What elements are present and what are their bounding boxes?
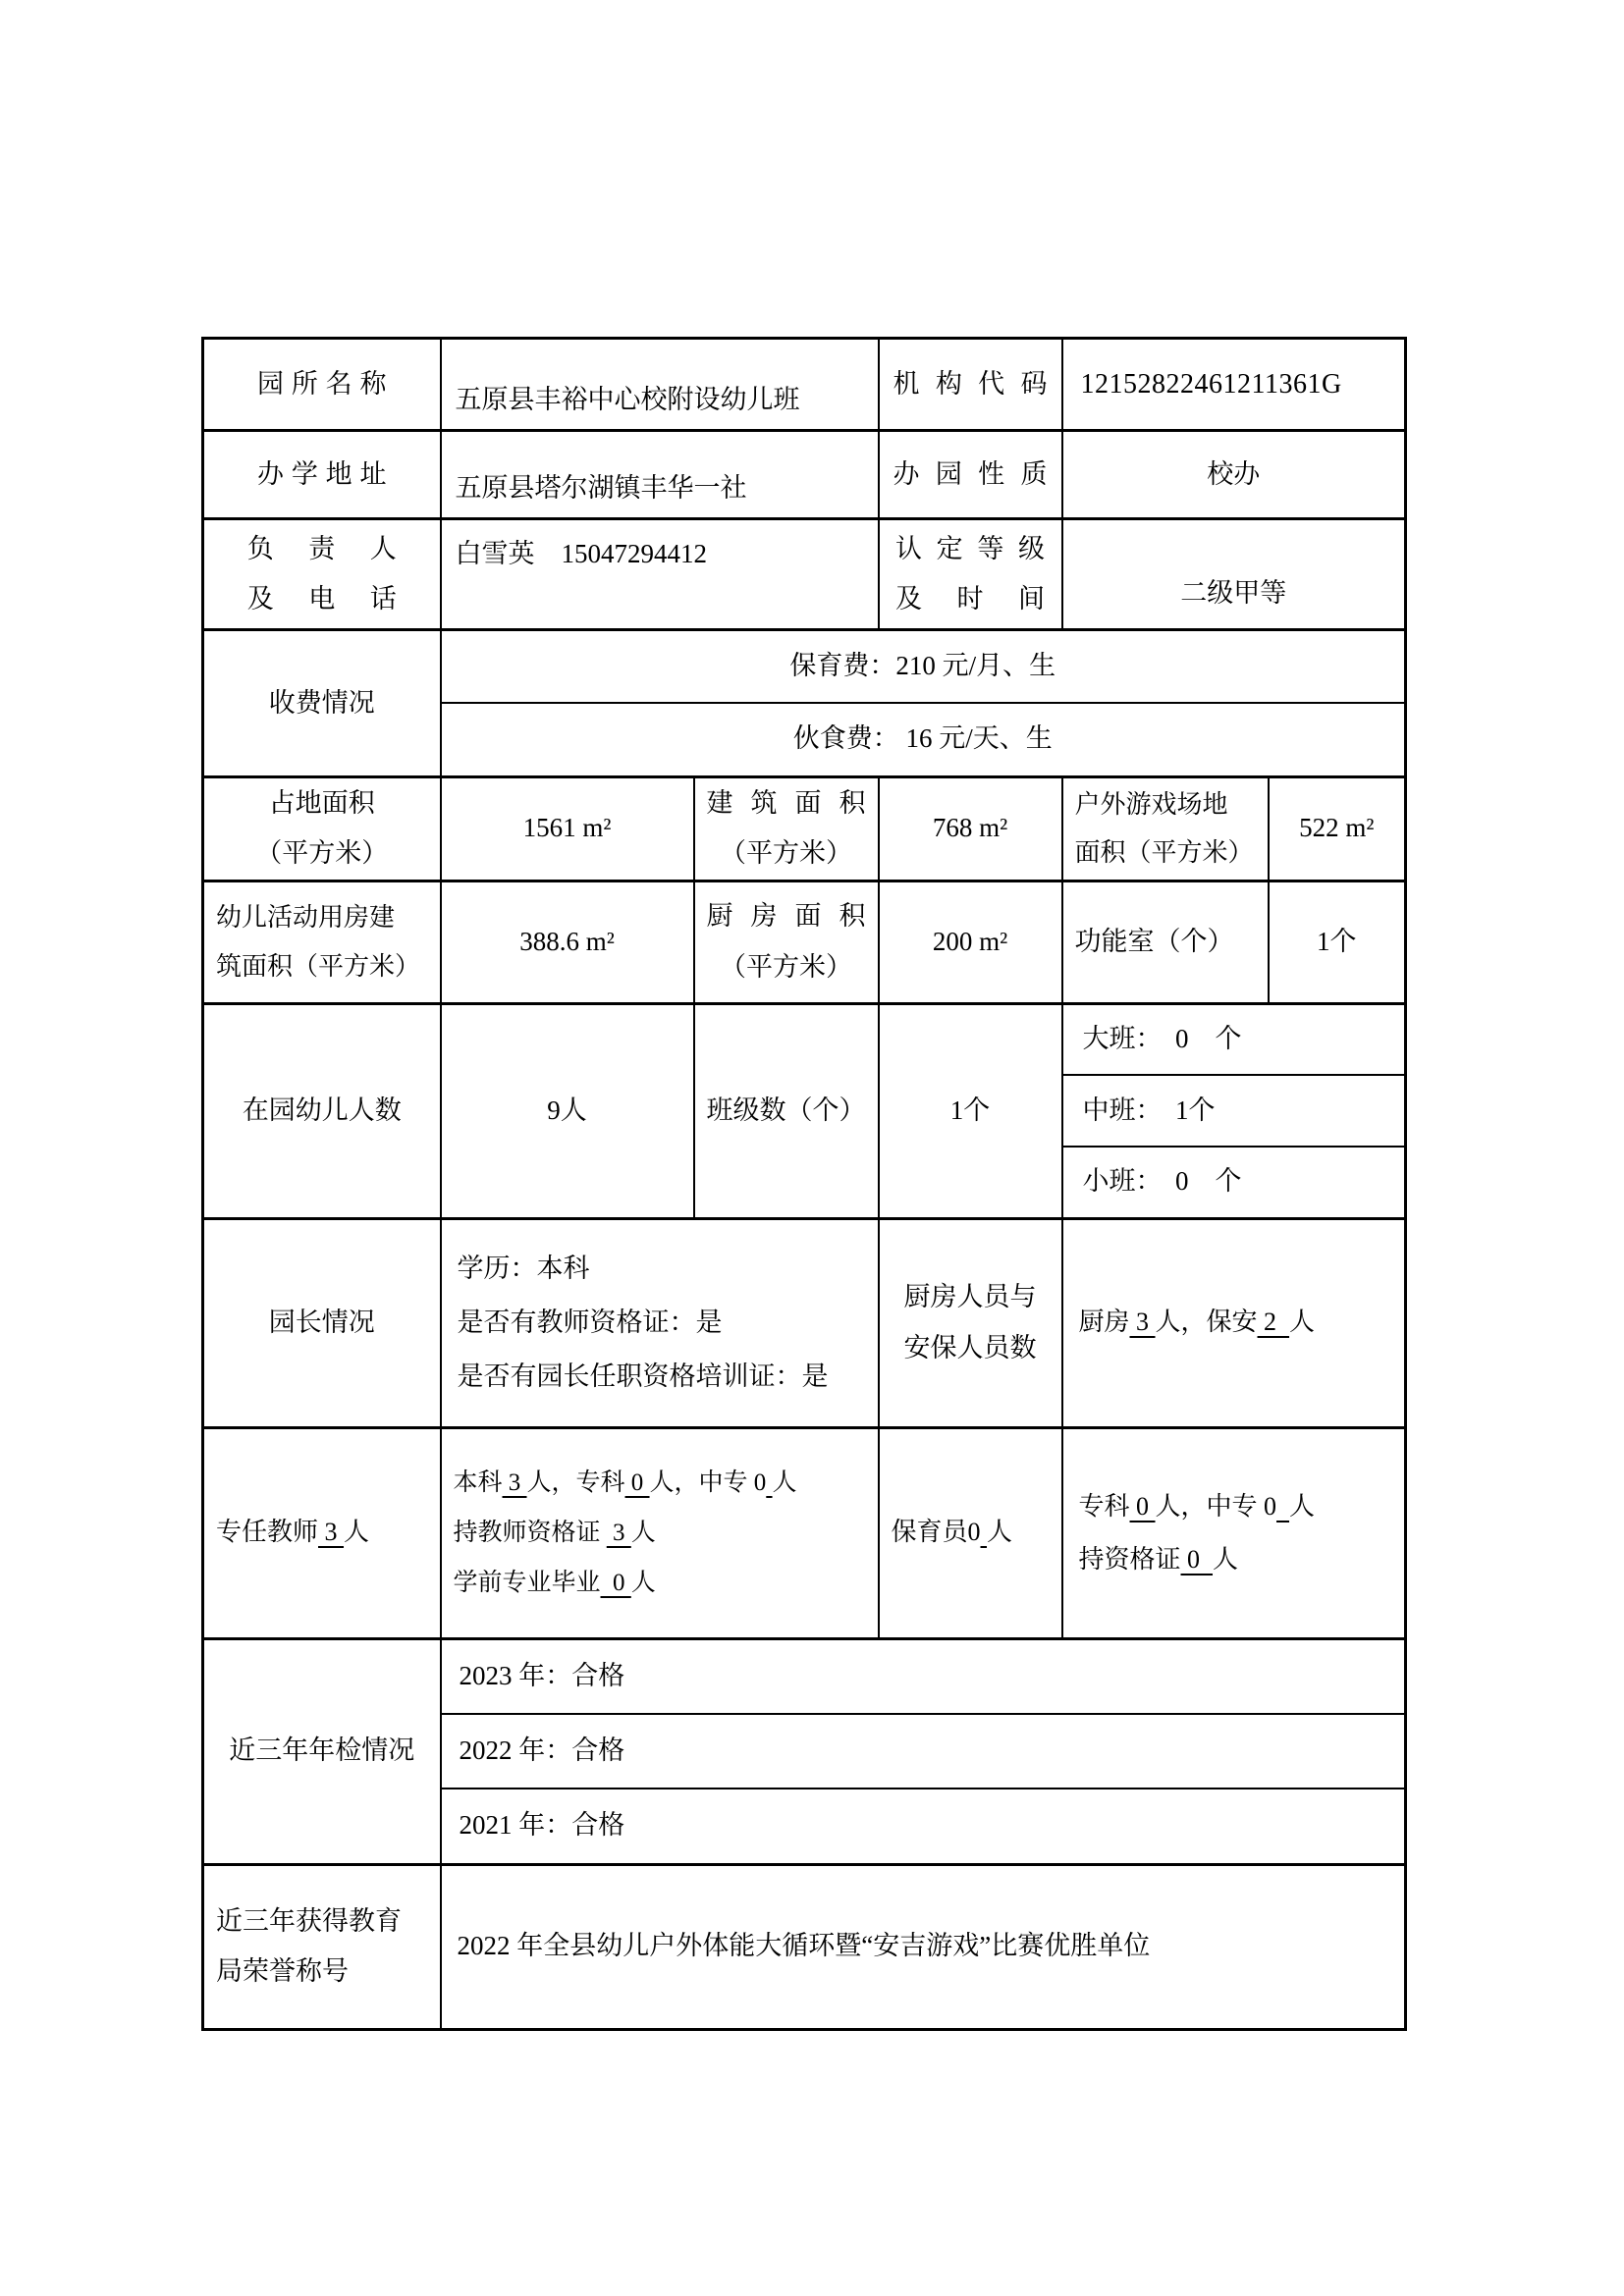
principal-info-value-cell: 学历：本科 是否有教师资格证：是 是否有园长任职资格培训证：是	[441, 1218, 879, 1427]
grade-label-cell: 认定等级 及时间	[879, 519, 1062, 630]
small-class-cell: 小班： 0 个	[1062, 1147, 1406, 1218]
classes-label-cell: 班级数（个）	[694, 1003, 879, 1218]
teachers-detail-line3: 学前专业毕业 0 人	[454, 1558, 864, 1608]
row-teachers: 专任教师 3 人 本科 3 人，专科 0 人，中专 0 人 持教师资格证 3 人…	[203, 1427, 1406, 1638]
inspection-2021-cell: 2021 年：合格	[441, 1789, 1406, 1864]
grade-label-line1: 认定等级	[895, 524, 1045, 574]
staff-label-cell: 厨房人员与 安保人员数	[879, 1218, 1062, 1427]
principal-label-line1: 负责人	[247, 524, 397, 574]
row-enrollment-big: 在园幼儿人数 9人 班级数（个） 1个 大班： 0 个	[203, 1003, 1406, 1075]
big-class-cell: 大班： 0 个	[1062, 1003, 1406, 1075]
row-address-nature: 办学地址 五原县塔尔湖镇丰华一社 办园性质 校办	[203, 431, 1406, 519]
code-label-cell: 机构代码	[879, 339, 1062, 431]
inspection-2023-cell: 2023 年：合格	[441, 1638, 1406, 1714]
assistant-line1: 专科 0 人，中专 0 人	[1079, 1480, 1391, 1532]
honors-label-cell: 近三年获得教育 局荣誉称号	[203, 1864, 441, 2029]
document-page: 园所名称 五原县丰裕中心校附设幼儿班 机构代码 1215282246121136…	[0, 0, 1624, 2296]
grade-value-cell: 二级甲等	[1062, 519, 1406, 630]
address-label-cell: 办学地址	[203, 431, 441, 519]
honors-label-line2: 局荣誉称号	[216, 1947, 428, 1997]
principal-label-line2: 及电话	[247, 574, 397, 624]
activity-area-label-line2: 筑面积（平方米）	[216, 942, 428, 990]
row-honors: 近三年获得教育 局荣誉称号 2022 年全县幼儿户外体能大循环暨“安吉游戏”比赛…	[203, 1864, 1406, 2029]
row-name-code: 园所名称 五原县丰裕中心校附设幼儿班 机构代码 1215282246121136…	[203, 339, 1406, 431]
outdoor-area-label-cell: 户外游戏场地 面积（平方米）	[1062, 777, 1269, 881]
assistant-line2: 持资格证 0 人	[1079, 1533, 1391, 1585]
activity-area-label-cell: 幼儿活动用房建 筑面积（平方米）	[203, 881, 441, 1003]
code-value-cell: 12152822461211361G	[1062, 339, 1406, 431]
land-area-value-cell: 1561 m²	[441, 777, 694, 881]
teachers-detail-cell: 本科 3 人，专科 0 人，中专 0 人 持教师资格证 3 人 学前专业毕业 0…	[441, 1427, 879, 1638]
grade-label-line2: 及时间	[895, 574, 1045, 624]
name-value-cell: 五原县丰裕中心校附设幼儿班	[441, 339, 879, 431]
name-label-cell: 园所名称	[203, 339, 441, 431]
care-fee-cell: 保育费：210 元/月、生	[441, 630, 1406, 703]
row-inspection-2023: 近三年年检情况 2023 年：合格	[203, 1638, 1406, 1714]
middle-class-cell: 中班： 1个	[1062, 1075, 1406, 1147]
nature-value-cell: 校办	[1062, 431, 1406, 519]
nature-label-cell: 办园性质	[879, 431, 1062, 519]
kitchen-area-label-line2: （平方米）	[707, 942, 866, 992]
building-area-label-line1: 建筑面积	[707, 778, 866, 828]
classes-value-cell: 1个	[879, 1003, 1062, 1218]
principal-value-cell: 白雪英 15047294412	[441, 519, 879, 630]
inspection-2022-cell: 2022 年：合格	[441, 1714, 1406, 1789]
principal-info-label-cell: 园长情况	[203, 1218, 441, 1427]
function-room-value-cell: 1个	[1269, 881, 1406, 1003]
row-principal-info: 园长情况 学历：本科 是否有教师资格证：是 是否有园长任职资格培训证：是 厨房人…	[203, 1218, 1406, 1427]
land-area-label-cell: 占地面积 （平方米）	[203, 777, 441, 881]
kindergarten-info-table: 园所名称 五原县丰裕中心校附设幼儿班 机构代码 1215282246121136…	[201, 337, 1407, 2031]
outdoor-area-value-cell: 522 m²	[1269, 777, 1406, 881]
principal-label-cell: 负责人 及电话	[203, 519, 441, 630]
nature-label: 办园性质	[893, 456, 1048, 494]
teachers-detail-line1: 本科 3 人，专科 0 人，中专 0 人	[454, 1458, 864, 1508]
outdoor-area-label-line1: 户外游戏场地	[1075, 780, 1256, 828]
row-fees-care: 收费情况 保育费：210 元/月、生	[203, 630, 1406, 703]
staff-label-line1: 厨房人员与	[893, 1272, 1048, 1322]
honors-label-line1: 近三年获得教育	[216, 1896, 428, 1947]
enrollment-label-cell: 在园幼儿人数	[203, 1003, 441, 1218]
kitchen-area-label-line1: 厨房面积	[707, 891, 866, 941]
principal-teacher-cert-line: 是否有教师资格证：是	[458, 1296, 864, 1350]
code-label: 机构代码	[893, 366, 1048, 403]
honors-value-cell: 2022 年全县幼儿户外体能大循环暨“安吉游戏”比赛优胜单位	[441, 1864, 1406, 2029]
land-area-label-line2: （平方米）	[218, 828, 426, 879]
outdoor-area-label-line2: 面积（平方米）	[1075, 828, 1256, 877]
staff-label-line2: 安保人员数	[893, 1323, 1048, 1373]
row-principal-grade: 负责人 及电话 白雪英 15047294412 认定等级 及时间 二级甲等	[203, 519, 1406, 630]
kitchen-area-label-cell: 厨房面积 （平方米）	[694, 881, 879, 1003]
assistant-cell: 专科 0 人，中专 0 人 持资格证 0 人	[1062, 1427, 1406, 1638]
teachers-detail-line2: 持教师资格证 3 人	[454, 1508, 864, 1558]
row-activity-kitchen-function: 幼儿活动用房建 筑面积（平方米） 388.6 m² 厨房面积 （平方米） 200…	[203, 881, 1406, 1003]
enrollment-value-cell: 9人	[441, 1003, 694, 1218]
meal-fee-cell: 伙食费： 16 元/天、生	[441, 703, 1406, 777]
staff-value-cell: 厨房 3 人，保安 2 人	[1062, 1218, 1406, 1427]
principal-director-cert-line: 是否有园长任职资格培训证：是	[458, 1350, 864, 1404]
function-room-label-cell: 功能室（个）	[1062, 881, 1269, 1003]
building-area-value-cell: 768 m²	[879, 777, 1062, 881]
land-area-label-line1: 占地面积	[218, 778, 426, 828]
activity-area-value-cell: 388.6 m²	[441, 881, 694, 1003]
address-label: 办学地址	[218, 456, 426, 494]
caregiver-cell: 保育员0 人	[879, 1427, 1062, 1638]
activity-area-label-line1: 幼儿活动用房建	[216, 893, 428, 941]
row-areas: 占地面积 （平方米） 1561 m² 建筑面积 （平方米） 768 m² 户外游…	[203, 777, 1406, 881]
address-value-cell: 五原县塔尔湖镇丰华一社	[441, 431, 879, 519]
fees-label-cell: 收费情况	[203, 630, 441, 777]
building-area-label-line2: （平方米）	[707, 828, 866, 879]
inspection-label-cell: 近三年年检情况	[203, 1638, 441, 1864]
kitchen-area-value-cell: 200 m²	[879, 881, 1062, 1003]
teachers-label-cell: 专任教师 3 人	[203, 1427, 441, 1638]
building-area-label-cell: 建筑面积 （平方米）	[694, 777, 879, 881]
name-label: 园所名称	[218, 366, 426, 403]
principal-education-line: 学历：本科	[458, 1242, 864, 1296]
